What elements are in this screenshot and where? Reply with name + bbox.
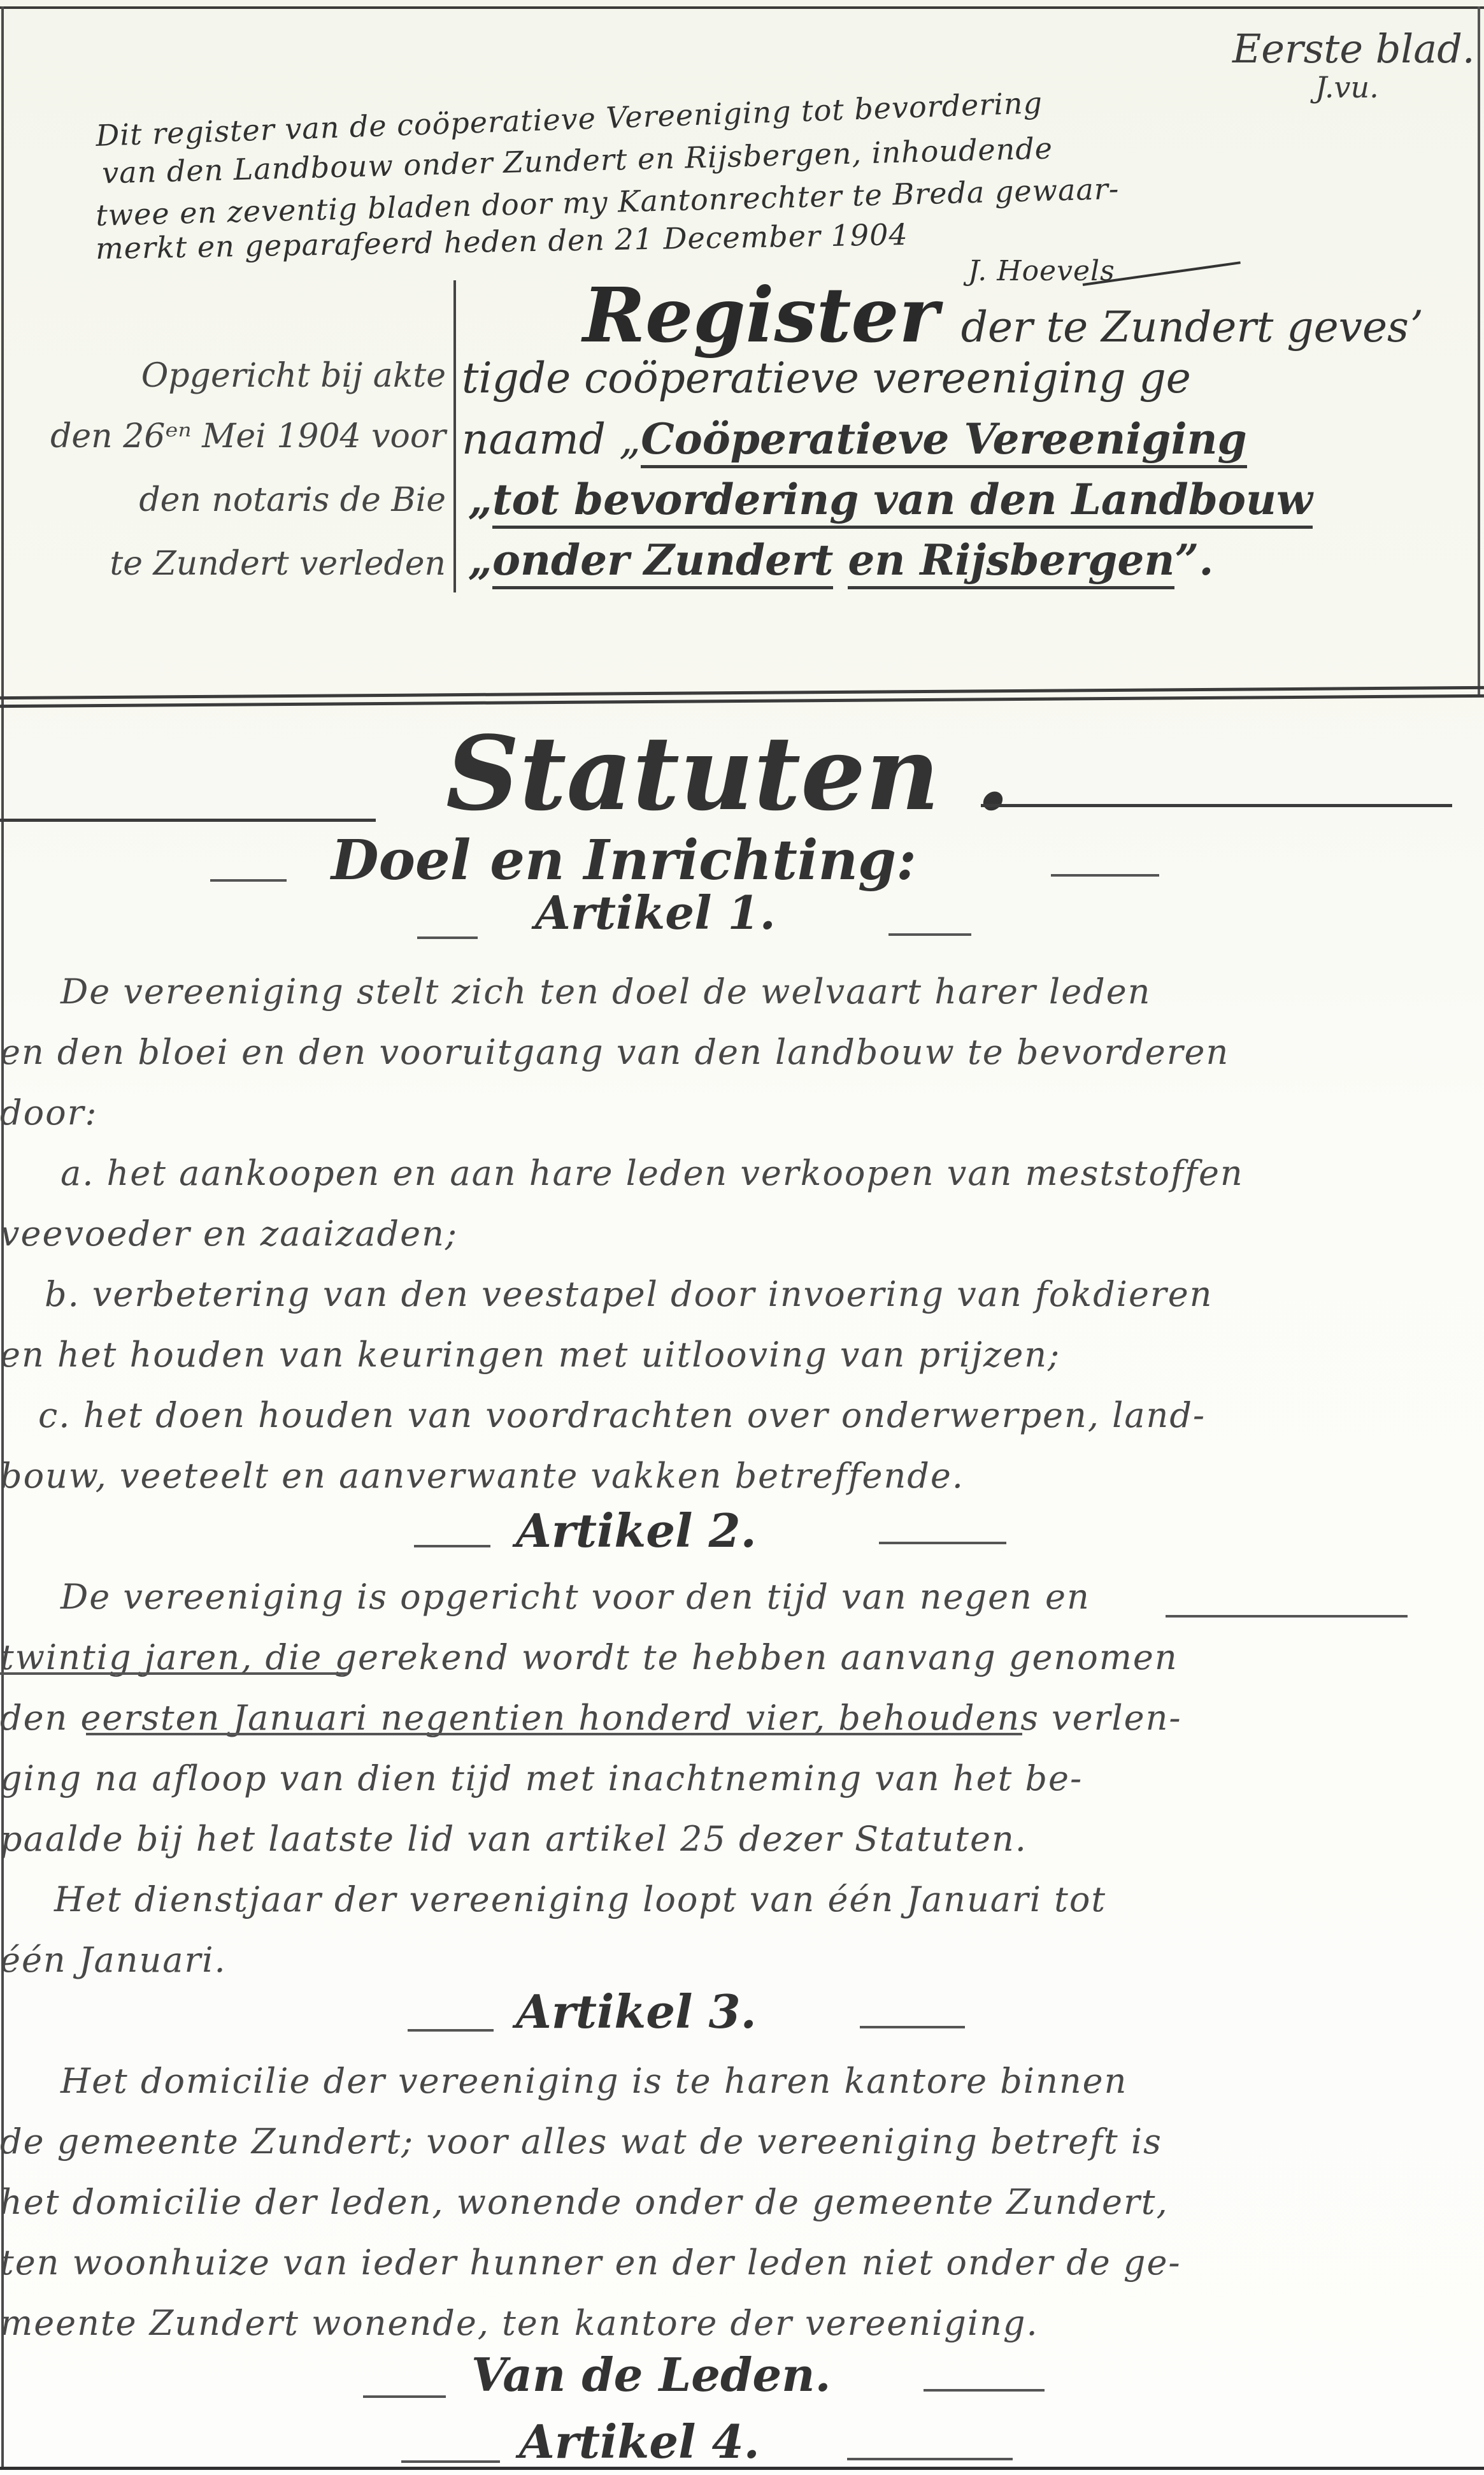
article-rule-right — [860, 2026, 965, 2028]
article-line: Het dienstjaar der vereeniging loopt van… — [54, 1879, 1106, 1919]
register-title: Register — [583, 271, 939, 359]
article-2-heading: Artikel 2. — [516, 1503, 757, 1558]
article-rule-left — [401, 2460, 500, 2463]
article-line: den eersten Januari negentien honderd vi… — [0, 1698, 1182, 1738]
article-rule-left — [414, 1545, 490, 1547]
section-rule-right — [1051, 874, 1159, 877]
register-heading-line5: „onder Zundert en Rijsbergen”. — [468, 535, 1213, 585]
register-heading-text: „ — [468, 535, 492, 585]
section-rule-left — [363, 2395, 446, 2398]
article-line: meente Zundert wonende, ten kantore der … — [0, 2303, 1039, 2343]
section-2-title: Van de Leden. — [471, 2348, 831, 2402]
article-line: en den bloei en den vooruitgang van den … — [0, 1032, 1229, 1072]
statuten-title: Statuten . — [446, 714, 1011, 833]
folio-initials: J.vu. — [1315, 70, 1379, 104]
article-rule-right — [879, 1542, 1006, 1544]
text-underline — [0, 1672, 347, 1675]
section-rule-left — [210, 879, 287, 882]
association-name-part: tot bevordering van den Landbouw — [492, 475, 1313, 529]
folio-note: Eerste blad. — [1232, 25, 1475, 72]
article-line: De vereeniging stelt zich ten doel de we… — [61, 972, 1151, 1012]
association-name-part: Coöperatieve Vereeniging — [641, 414, 1246, 468]
register-heading-line4: „tot bevordering van den Landbouw — [468, 475, 1313, 524]
article-line: Het domicilie der vereeniging is te hare… — [61, 2061, 1127, 2101]
margin-note-line: den notaris de Bie — [139, 481, 446, 519]
article-3-heading: Artikel 3. — [516, 1984, 757, 2039]
article-line: de gemeente Zundert; voor alles wat de v… — [0, 2121, 1162, 2162]
register-heading-line2: tigde coöperatieve vereeniging ge — [462, 354, 1191, 403]
article-line: één Januari. — [0, 1940, 227, 1980]
text-underline — [86, 1733, 1022, 1735]
title-rule-left — [0, 819, 376, 822]
article-line: veevoeder en zaaizaden; — [0, 1214, 458, 1254]
page-border-top — [0, 6, 1484, 9]
register-heading-text: ”. — [1174, 535, 1213, 585]
article-rule-left — [417, 936, 478, 939]
article-line: paalde bij het laatste lid van artikel 2… — [0, 1819, 1027, 1859]
register-heading-line3: naamd „Coöperatieve Vereeniging — [462, 414, 1247, 464]
article-line: b. verbetering van den veestapel door in… — [45, 1274, 1213, 1314]
article-rule-left — [408, 2029, 494, 2032]
margin-note-line: te Zundert verleden — [110, 545, 446, 583]
title-rule-right — [981, 804, 1452, 807]
article-line: twintig jaren, die gerekend wordt te heb… — [0, 1637, 1178, 1677]
margin-note: Opgericht bij akte den 26ᵉⁿ Mei 1904 voo… — [0, 357, 446, 599]
margin-divider — [453, 280, 456, 592]
article-line: ten woonhuize van ieder hunner en der le… — [0, 2242, 1181, 2283]
association-name-part: en Rijsbergen — [848, 535, 1174, 589]
section-rule-right — [924, 2389, 1045, 2392]
article-line: het domicilie der leden, wonende onder d… — [0, 2182, 1169, 2222]
article-line: a. het aankoopen en aan hare leden verko… — [61, 1153, 1244, 1193]
article-line: door: — [0, 1093, 98, 1133]
article-1-heading: Artikel 1. — [535, 886, 776, 940]
article-line: en het houden van keuringen met uitloovi… — [0, 1335, 1060, 1375]
text-underline — [1166, 1615, 1408, 1618]
document-page: Eerste blad. J.vu. Dit register van de c… — [0, 0, 1484, 2475]
register-heading-text: der te Zundert gevesʼ — [961, 303, 1422, 352]
page-border-right — [1478, 6, 1480, 694]
article-line: c. het doen houden van voordrachten over… — [38, 1395, 1206, 1435]
margin-note-line: den 26ᵉⁿ Mei 1904 voor — [50, 417, 446, 456]
article-4-heading: Artikel 4. — [519, 2414, 760, 2469]
register-heading-text: naamd „ — [462, 415, 641, 464]
margin-note-line: Opgericht bij akte — [141, 357, 446, 395]
register-heading-text: „ — [468, 475, 492, 524]
article-rule-right — [847, 2458, 1013, 2460]
article-rule-right — [888, 933, 971, 936]
register-heading-line1: Register der te Zundert gevesʼ — [583, 271, 1422, 359]
article-line: bouw, veeteelt en aanverwante vakken bet… — [0, 1456, 964, 1496]
association-name-part: onder Zundert — [492, 535, 833, 589]
section-title: Doel en Inrichting: — [331, 828, 917, 893]
article-line: De vereeniging is opgericht voor den tij… — [61, 1577, 1090, 1617]
article-line: ging na afloop van dien tijd met inachtn… — [0, 1758, 1083, 1798]
